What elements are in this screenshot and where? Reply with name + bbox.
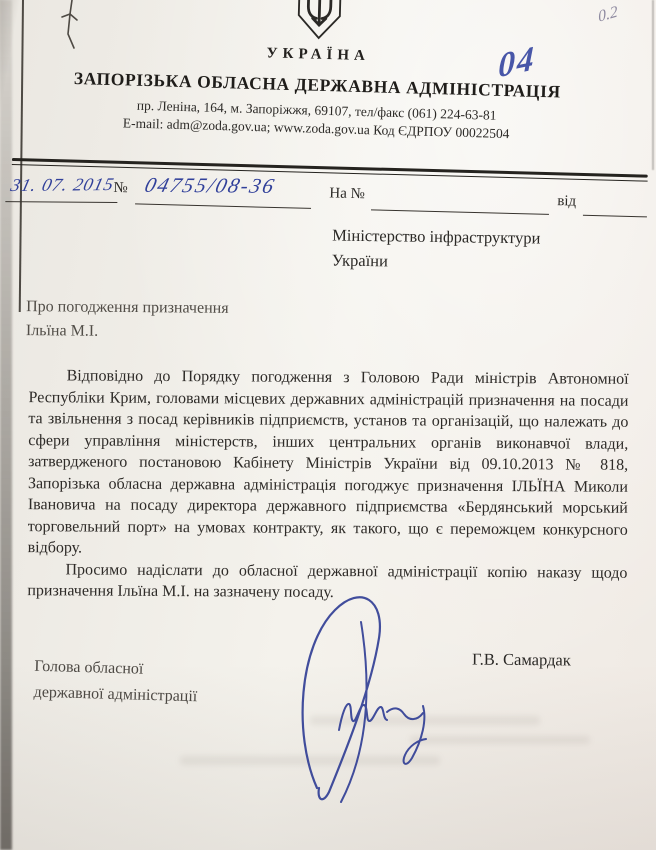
handwritten-outgoing-number: 04755/08-36 (142, 173, 278, 199)
subject-line-1: Про погодження призначення (26, 295, 229, 321)
handwritten-date: 31. 07. 2015 (9, 174, 117, 196)
letter-body: Відповідно до Порядку погодження з Голов… (27, 365, 628, 605)
incoming-number-underline (371, 183, 550, 214)
page-right-edge (652, 0, 654, 170)
handwritten-signature (283, 588, 473, 808)
incoming-date-label: від (557, 193, 576, 210)
subject-block: Про погодження призначення Ільїна М.І. (26, 295, 229, 345)
subject-line-2: Ільїна М.І. (26, 319, 229, 345)
tryzub-coat-of-arms-icon (295, 0, 345, 42)
number-sign-label: № (113, 180, 128, 197)
signer-title-line-2: державної адміністрації (33, 680, 197, 711)
recipient-line-1: Міністерство інфраструктури (332, 223, 541, 251)
signer-name: Г.В. Самардак (472, 649, 571, 670)
recipient-block: Міністерство інфраструктури України (332, 223, 541, 276)
incoming-number-label: На № (329, 185, 365, 203)
body-paragraph-1: Відповідно до Порядку погодження з Голов… (28, 365, 629, 562)
incoming-date-underline (583, 189, 648, 218)
scanned-letter-page: 0.2 04 УКРАЇНА ЗАПОРІЗЬКА ОБЛАСНА ДЕРЖАВ… (0, 0, 656, 850)
recipient-line-2: України (332, 248, 541, 276)
letterhead: УКРАЇНА ЗАПОРІЗЬКА ОБЛАСНА ДЕРЖАВНА АДМІ… (0, 0, 640, 146)
country-name: УКРАЇНА (0, 38, 638, 73)
signer-title: Голова обласної державної адміністрації (33, 654, 198, 711)
